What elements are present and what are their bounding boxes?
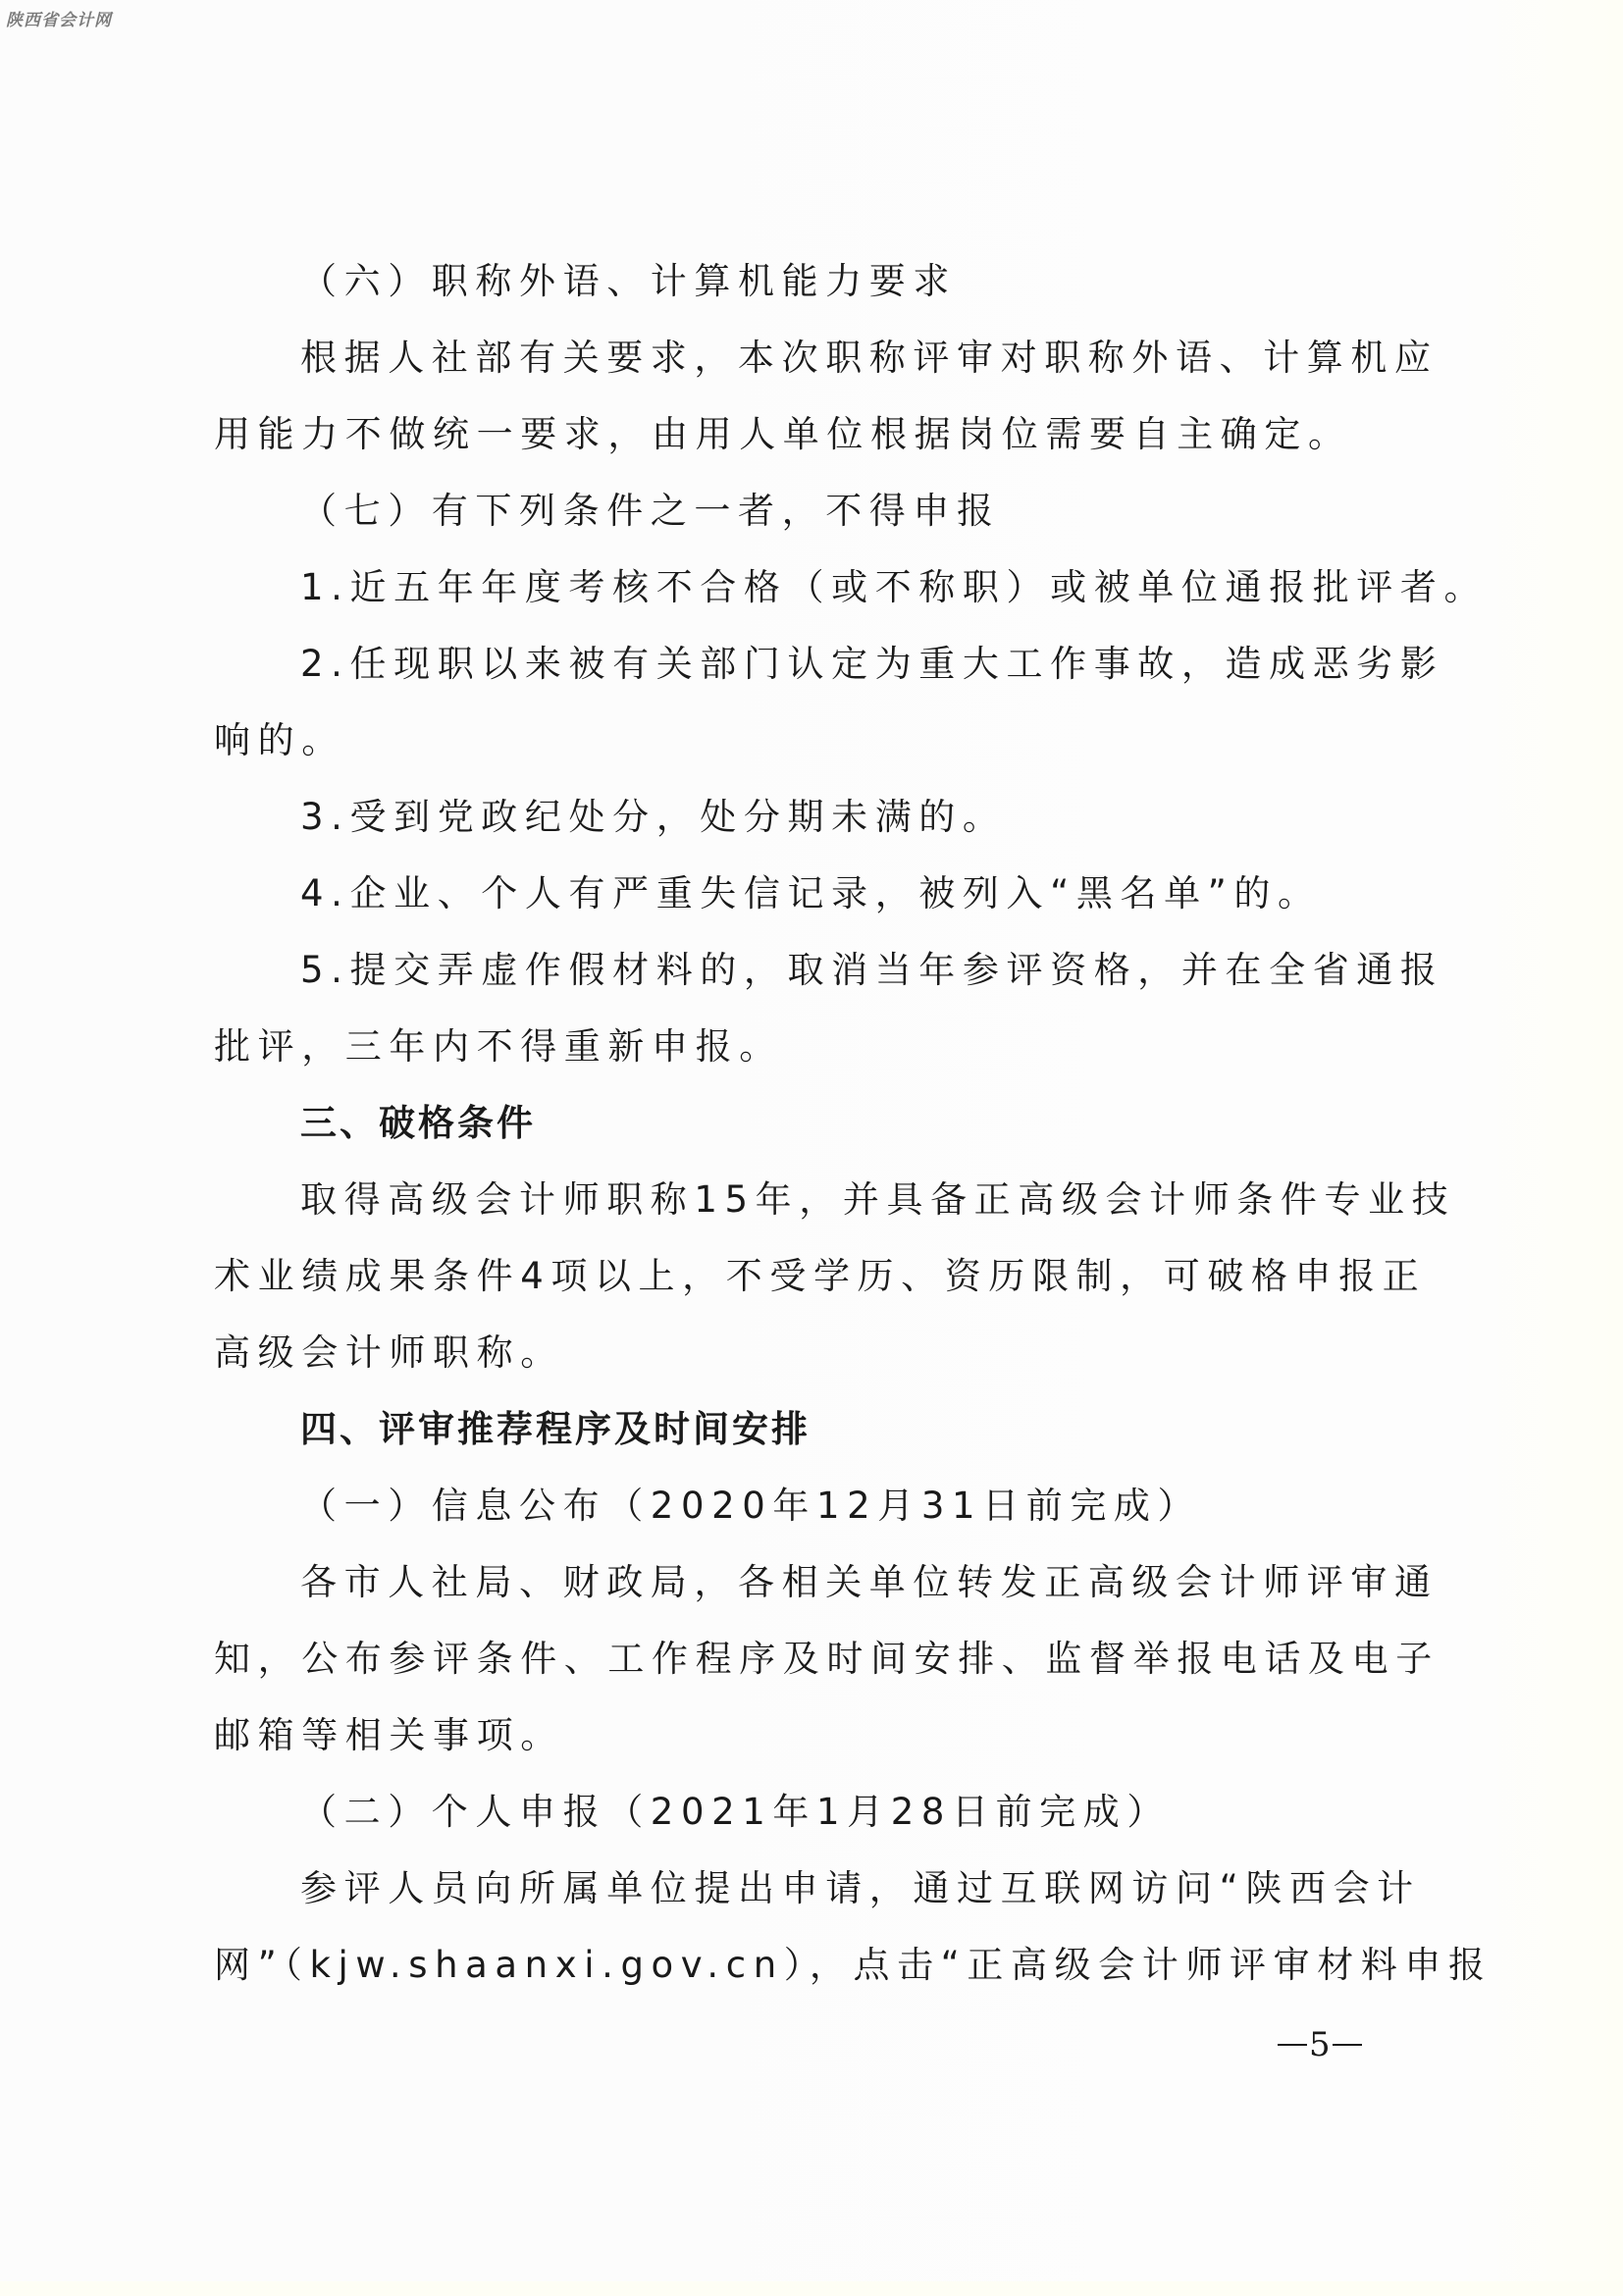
paragraph-line: 根据人社部有关要求，本次职称评审对职称外语、计算机应 [214,320,1409,396]
list-item-2-continued: 响的。 [214,703,1409,779]
paragraph-line: 网”（kjw.shaanxi.gov.cn），点击“正高级会计师评审材料申报 [214,1927,1409,2004]
paragraph-line: 知，公布参评条件、工作程序及时间安排、监督举报电话及电子 [214,1621,1409,1697]
paragraph-line: 参评人员向所属单位提出申请，通过互联网访问“陕西会计 [214,1851,1409,1927]
list-item-3: 3.受到党政纪处分，处分期未满的。 [214,779,1409,856]
dash-left [1278,2044,1307,2046]
subsection-heading-personal-application: （二）个人申报（2021年1月28日前完成） [214,1774,1409,1851]
paragraph-line: 术业绩成果条件4项以上，不受学历、资历限制，可破格申报正 [214,1238,1409,1315]
dash-right [1333,2044,1362,2046]
section-heading-review-procedure: 四、评审推荐程序及时间安排 [214,1391,1409,1468]
subsection-heading-info-release: （一）信息公布（2020年12月31日前完成） [214,1468,1409,1544]
document-body: （六）职称外语、计算机能力要求 根据人社部有关要求，本次职称评审对职称外语、计算… [214,243,1409,2004]
document-page: 陕西省会计网 （六）职称外语、计算机能力要求 根据人社部有关要求，本次职称评审对… [0,0,1623,2296]
site-watermark: 陕西省会计网 [6,6,112,30]
page-number-value: 5 [1309,2025,1331,2064]
list-item-5: 5.提交弄虚作假材料的，取消当年参评资格，并在全省通报 [214,932,1409,1009]
paragraph-line: 各市人社局、财政局，各相关单位转发正高级会计师评审通 [214,1544,1409,1621]
list-item-4: 4.企业、个人有严重失信记录，被列入“黑名单”的。 [214,856,1409,932]
scan-bottom-edge [0,2281,1623,2296]
paragraph-line: 邮箱等相关事项。 [214,1697,1409,1774]
paragraph-line: 高级会计师职称。 [214,1315,1409,1391]
subsection-heading-disqualifications: （七）有下列条件之一者，不得申报 [214,473,1409,549]
paragraph-line: 用能力不做统一要求，由用人单位根据岗位需要自主确定。 [214,396,1409,473]
page-number: 5 [1276,2025,1364,2064]
list-item-5-continued: 批评，三年内不得重新申报。 [214,1009,1409,1085]
paragraph-line: 取得高级会计师职称15年，并具备正高级会计师条件专业技 [214,1162,1409,1238]
section-heading-exceptional-conditions: 三、破格条件 [214,1085,1409,1162]
list-item-1: 1.近五年年度考核不合格（或不称职）或被单位通报批评者。 [214,549,1409,626]
list-item-2: 2.任现职以来被有关部门认定为重大工作事故，造成恶劣影 [214,626,1409,703]
subsection-heading-foreign-language-computer: （六）职称外语、计算机能力要求 [214,243,1409,320]
